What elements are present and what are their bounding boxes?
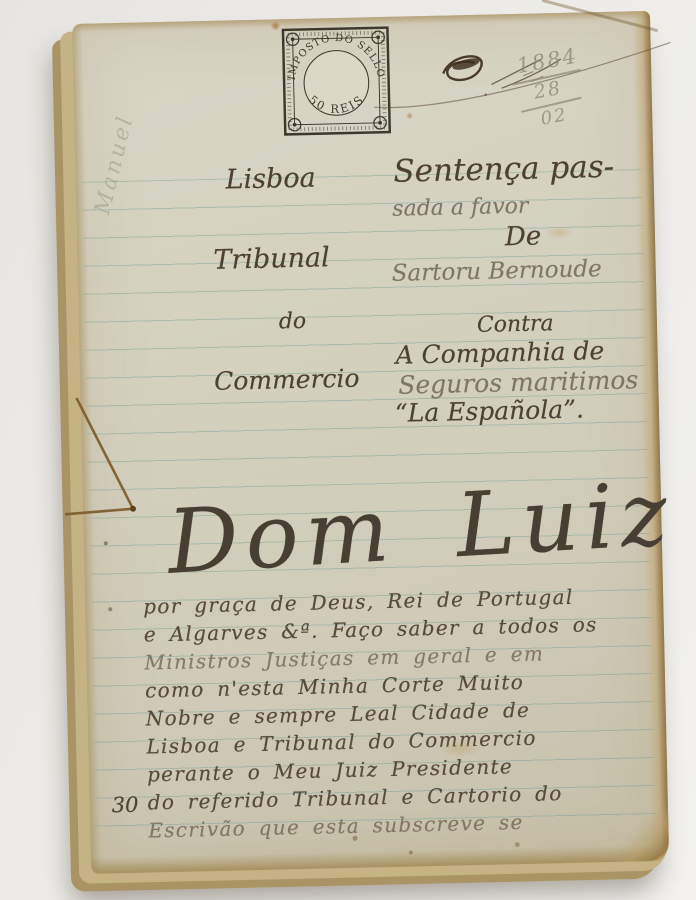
header-left-line: Tribunal [213, 244, 330, 274]
stain [409, 850, 413, 854]
header-right-line: “La Española”. [395, 396, 585, 425]
pencil-date-note: 1884 28 02 [505, 45, 589, 133]
binding-thread [58, 390, 161, 542]
stitch-hole [104, 541, 108, 545]
header-left-line: Commercio [214, 366, 360, 394]
header-right-line: Seguros maritimos [398, 367, 639, 397]
stain [352, 836, 357, 841]
stain [406, 112, 413, 119]
header-left-line: do [279, 311, 307, 334]
sheet-number: 30 [112, 795, 139, 817]
header-right-line: sada a favor [392, 196, 529, 221]
body-text: por graça de Deus, Rei de Portugal e Alg… [143, 582, 629, 845]
manuscript-page: IMPOSTO DO SELLO 50 REIS 1884 28 02 Manu… [72, 11, 669, 874]
header-right-line: Sartoru Bernoude [392, 258, 602, 286]
photograph-background: IMPOSTO DO SELLO 50 REIS 1884 28 02 Manu… [0, 0, 696, 900]
header-left-line: Lisboa [225, 165, 316, 194]
stain [515, 842, 520, 847]
header-right-line: Contra [477, 313, 554, 337]
header-right-line: A Companhia de [395, 338, 604, 368]
header-right-line: De [505, 223, 542, 250]
header-right-line: Sentença pas- [393, 152, 614, 188]
